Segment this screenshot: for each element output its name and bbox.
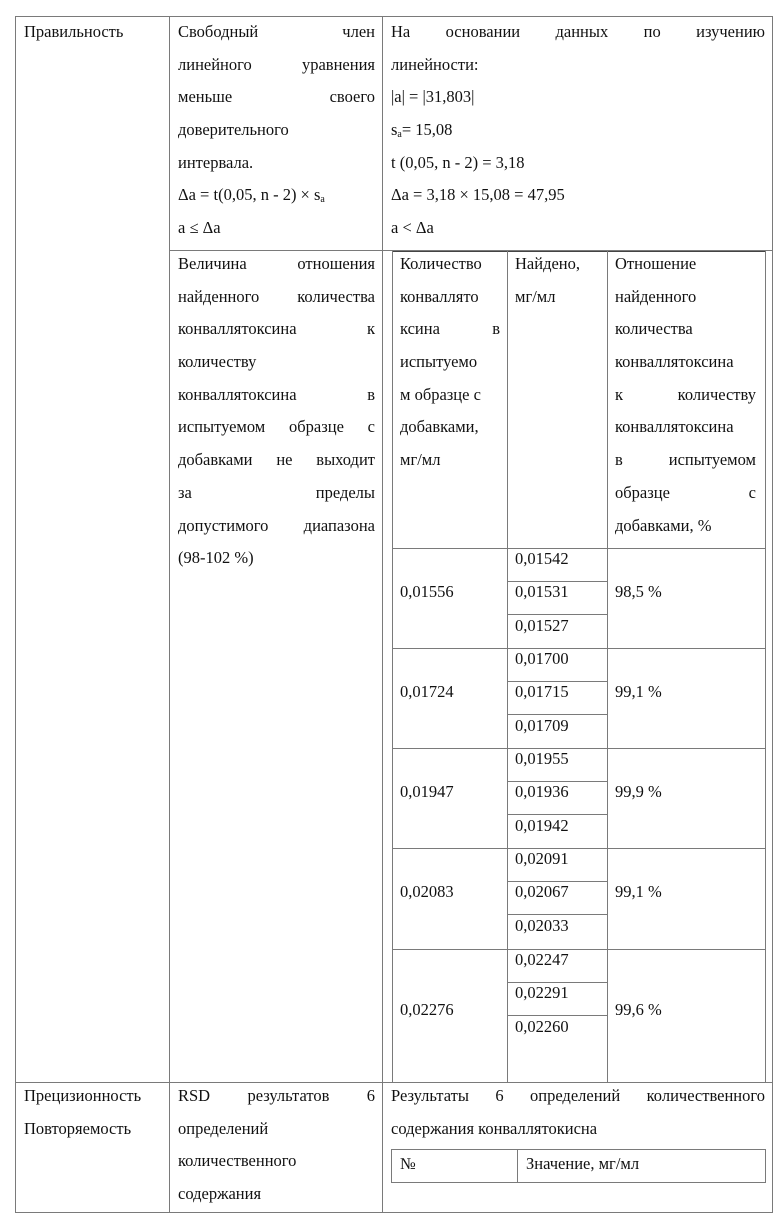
found-cell: 0,02260 — [515, 1011, 569, 1044]
inner-header-number: № — [400, 1148, 416, 1181]
ratio-cell: 99,6 % — [615, 994, 662, 1027]
found-cell: 0,01542 — [515, 543, 569, 576]
found-cell: 0,02291 — [515, 977, 569, 1010]
amount-cell: 0,01947 — [400, 776, 454, 809]
result-sa: sa= 15,08 — [391, 114, 765, 147]
criterion-ratio: Величина отношения найденного количества… — [178, 248, 375, 575]
criterion-formula: Δa = t(0,05, n - 2) × sa — [178, 179, 375, 212]
ratio-cell: 99,1 % — [615, 876, 662, 909]
parameter-correctness: Правильность — [24, 16, 123, 49]
found-cell: 0,02067 — [515, 876, 569, 909]
ratio-cell: 99,1 % — [615, 676, 662, 709]
found-cell: 0,01942 — [515, 810, 569, 843]
found-cell: 0,01527 — [515, 610, 569, 643]
result-precision: Результаты 6 определений количественного… — [391, 1080, 765, 1145]
amount-cell: 0,02083 — [400, 876, 454, 909]
found-cell: 0,01955 — [515, 743, 569, 776]
amount-cell: 0,02276 — [400, 994, 454, 1027]
found-cell: 0,01709 — [515, 710, 569, 743]
nested-header-found: Найдено, мг/мл — [515, 248, 603, 313]
found-cell: 0,01531 — [515, 576, 569, 609]
found-cell: 0,01715 — [515, 676, 569, 709]
parameter-precision: Прецизионность Повторяемость — [24, 1080, 141, 1145]
found-cell: 0,02033 — [515, 910, 569, 943]
found-cell: 0,02247 — [515, 944, 569, 977]
ratio-cell: 98,5 % — [615, 576, 662, 609]
amount-cell: 0,01724 — [400, 676, 454, 709]
result-linearity: На основании данных по изучению линейнос… — [391, 16, 765, 245]
ratio-cell: 99,9 % — [615, 776, 662, 809]
found-cell: 0,01700 — [515, 643, 569, 676]
amount-cell: 0,01556 — [400, 576, 454, 609]
nested-header-amount: Количество конваллято ксина в испытуемо … — [400, 248, 500, 477]
criterion-free-term: Свободный член линейного уравнения меньш… — [178, 16, 375, 245]
criterion-rsd: RSD результатов 6 определений количестве… — [178, 1080, 375, 1211]
inner-header-value: Значение, мг/мл — [526, 1148, 639, 1181]
found-cell: 0,01936 — [515, 776, 569, 809]
nested-header-ratio: Отношение найденного количества конвалля… — [615, 248, 756, 542]
found-cell: 0,02091 — [515, 843, 569, 876]
